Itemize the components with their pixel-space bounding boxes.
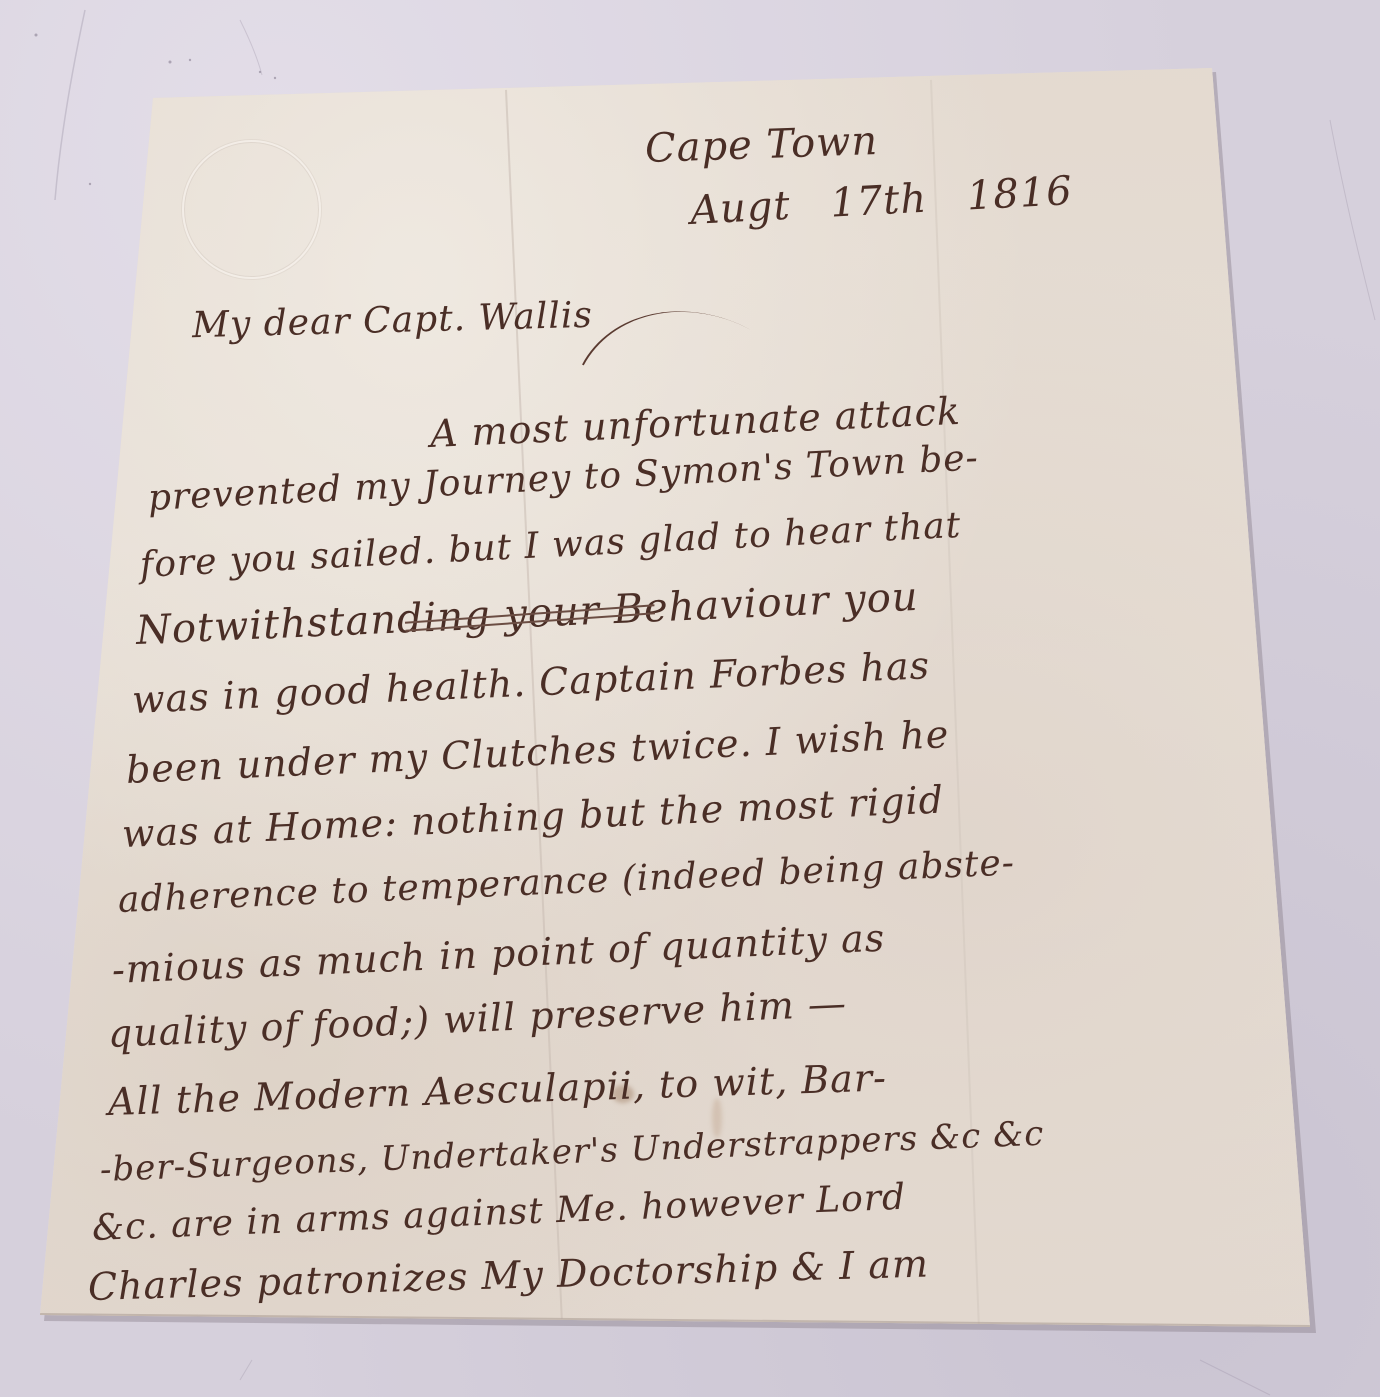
letter-line: -mious as much in point of quantity as — [111, 916, 886, 992]
letter-line: adherence to temperance (indeed being ab… — [117, 842, 1015, 921]
letter-line: been under my Clutches twice. I wish he — [125, 712, 950, 792]
letter-line: was in good health. Captain Forbes has — [131, 643, 931, 722]
date-day: 17th — [829, 176, 928, 227]
letter-line: was at Home: nothing but the most rigid — [121, 778, 945, 856]
letter-date: Augt 17th 1816 — [689, 168, 1074, 234]
letter-salutation: My dear Capt. Wallis — [192, 295, 594, 346]
embossed-seal — [182, 140, 321, 279]
letter-line: &c. are in arms against Me. however Lord — [91, 1177, 907, 1249]
letter-place: Cape Town — [644, 118, 879, 172]
letter-paper: Cape Town Augt 17th 1816 My dear Capt. W… — [0, 0, 1380, 1397]
date-month: Augt — [689, 183, 792, 234]
letter-line: quality of food;) will preserve him — — [107, 981, 848, 1056]
letter-line: Charles patronizes My Doctorship & I am — [87, 1242, 929, 1309]
letter-line: fore you sailed. but I was glad to hear … — [139, 505, 962, 586]
letter-line: All the Modern Aesculapii, to wit, Bar- — [107, 1056, 887, 1124]
date-year: 1816 — [966, 168, 1074, 219]
